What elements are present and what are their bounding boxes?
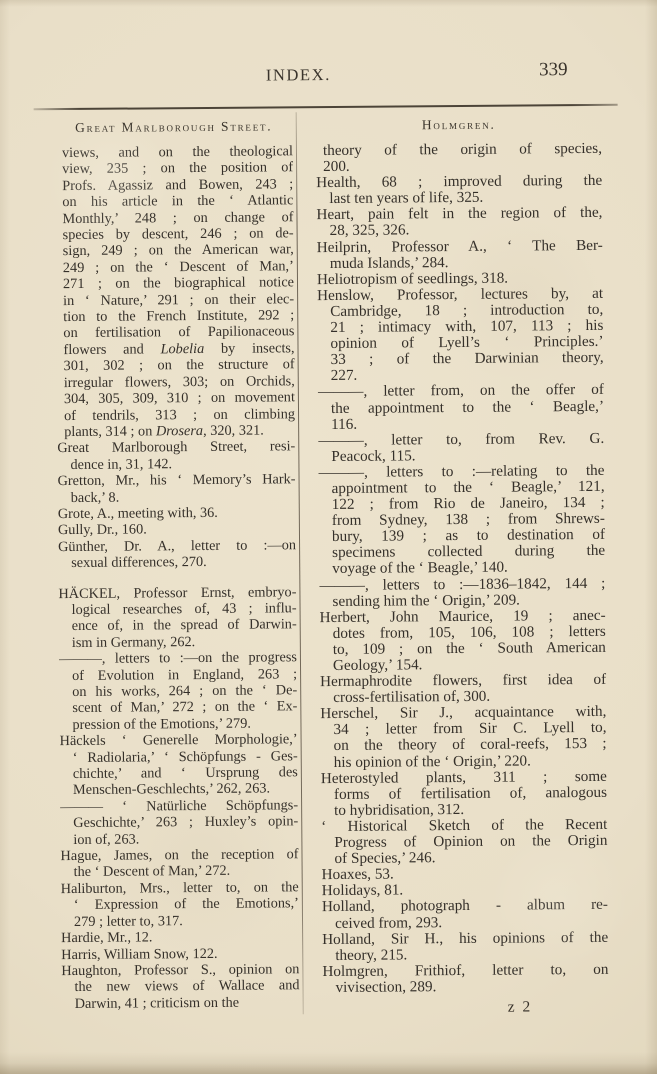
index-entry-line: Holmgren, Frithiof, letter to, on [322, 962, 608, 980]
printer-signature-mark: z 2 [323, 998, 609, 1018]
index-entry: ———, letter from, on the offer ofthe app… [318, 382, 604, 433]
index-entry: Holland, Sir H., his opinions of thetheo… [322, 929, 608, 963]
index-entry-line: Haughton, Professor S., opinion on [61, 961, 299, 979]
index-entry: ———, letters to :—1836–1842, 144 ;sendin… [319, 575, 605, 609]
index-entry-line: ‘ Radiolaria,’ ‘ Schöpfungs - Ges- [60, 748, 298, 766]
index-entry-line: 249 ; on the ‘ Descent of Man,’ [56, 258, 294, 276]
index-entry-line: on fertilisation of Papilionaceous [56, 324, 294, 342]
index-entry-line: 301, 302 ; on the structure of [57, 357, 295, 375]
index-entry: Heart, pain felt in the region of the,28… [316, 205, 602, 239]
index-entry: Hardie, Mr., 12. [61, 928, 299, 946]
index-entry: ——— ‘ Natürliche Schöpfungs-Geschichte,’… [60, 797, 298, 848]
index-entry-line: views, and on the theological [55, 143, 293, 161]
index-entry-line: ——— ‘ Natürliche Schöpfungs- [60, 797, 298, 815]
index-entry-line: back,’ 8. [58, 488, 296, 506]
index-entry-line: 271 ; on the biographical notice [56, 275, 294, 293]
index-entry: Haliburton, Mrs., letter to, on the‘ Exp… [61, 879, 299, 930]
scanned-book-page: INDEX. 339 Great Marlborough Street. vie… [0, 0, 657, 1074]
index-column-left: Great Marlborough Street. views, and on … [55, 118, 300, 1012]
index-entry-line: Great Marlborough Street, resi- [57, 439, 295, 457]
index-entry-line: Hardie, Mr., 12. [61, 928, 299, 946]
index-entry-line: flowers and Lobelia by insects, [56, 340, 294, 358]
index-entry-line: ion of, 263. [60, 830, 298, 848]
index-entry-line: Health, 68 ; improved during the [316, 173, 602, 191]
index-entry-line: to, 109 ; on the ‘ South American [320, 640, 606, 658]
index-entry-line: pression of the Emotions,’ 279. [59, 715, 297, 733]
column-header-left: Great Marlborough Street. [55, 118, 293, 136]
index-entry-line: ism in Germany, 262. [59, 633, 297, 651]
index-entry-line: Hague, James, on the reception of [60, 846, 298, 864]
index-entry-line: Heilprin, Professor A., ‘ The Ber- [317, 237, 603, 255]
running-title: INDEX. [266, 65, 331, 86]
index-entry: Henslow, Professor, lectures by, atCambr… [317, 286, 604, 385]
index-entry-line: Grote, A., meeting with, 36. [58, 504, 296, 522]
index-entry-line: Hermaphrodite flowers, first idea of [320, 672, 606, 690]
index-entry-line: Haliburton, Mrs., letter to, on the [61, 879, 299, 897]
index-entry-line: on the theory of coral-reefs, 153 ; [321, 736, 607, 754]
index-entry-line: sign, 249 ; on the American war, [56, 242, 294, 260]
index-entry: Heterostyled plants, 311 ; someforms of … [321, 768, 607, 819]
index-entry: Holmgren, Frithiof, letter to, onvivisec… [322, 962, 608, 996]
index-entry-line: theory of the origin of species, [316, 141, 602, 159]
index-entry: Haughton, Professor S., opinion onthe ne… [61, 961, 299, 1012]
index-entry: Holland, photograph - album re-ceived fr… [322, 897, 608, 931]
index-entry-line: ———, letters to :—on the progress [59, 649, 297, 667]
index-entry-line: Harris, William Snow, 122. [61, 945, 299, 963]
index-entry-line: Menschen-Geschlechts,’ 262, 263. [60, 781, 298, 799]
index-entry-line: Heart, pain felt in the region of the, [316, 205, 602, 223]
header-rule [34, 104, 618, 111]
index-entry-line: sexual differences, 270. [58, 553, 296, 571]
index-entry-line: 304, 305, 309, 310 ; on movement [57, 389, 295, 407]
index-entry-line: Häckels ‘ Generelle Morphologie,’ [60, 731, 298, 749]
index-entry: HÄCKEL, Professor Ernst, embryo-logical … [58, 584, 297, 651]
index-entry: Hermaphrodite flowers, first idea ofcros… [320, 672, 606, 706]
index-entry: theory of the origin of species,200. [316, 141, 602, 175]
index-entry: ‘ Historical Sketch of the RecentProgres… [321, 817, 607, 868]
index-entry: ———, letter to, from Rev. G.Peacock, 115… [318, 431, 604, 465]
index-entry-line: Profs. Agassiz and Bowen, 243 ; [55, 176, 293, 194]
index-entry: Great Marlborough Street, resi-dence in,… [57, 439, 295, 474]
index-entry-line: ———, letter to, from Rev. G. [318, 431, 604, 449]
index-entry-line: chichte,’ and ‘ Ursprung des [60, 764, 298, 782]
index-entry: Harris, William Snow, 122. [61, 945, 299, 963]
index-entry-line: Holland, Sir H., his opinions of the [322, 929, 608, 947]
index-entry-line: Günther, Dr. A., letter to :—on [58, 537, 296, 555]
index-entry: Grote, A., meeting with, 36. [58, 504, 296, 522]
index-entry-line: dence in, 31, 142. [57, 455, 295, 473]
index-entry: Gully, Dr., 160. [58, 521, 296, 539]
index-column-right: Holmgren. theory of the origin of specie… [316, 116, 609, 1018]
index-entry-line: ‘ Expression of the Emotions,’ [61, 896, 299, 914]
index-entry: views, and on the theologicalview, 235 ;… [55, 143, 295, 440]
index-entry: Hague, James, on the reception ofthe ‘ D… [60, 846, 298, 881]
index-entry-line: on his works, 264 ; on the ‘ De- [59, 682, 297, 700]
index-entry: Günther, Dr. A., letter to :—onsexual di… [58, 537, 296, 572]
index-entry-line: logical researches of, 43 ; influ- [59, 600, 297, 618]
index-entry-line: of Evolution in England, 263 ; [59, 666, 297, 684]
index-entry-line: Holland, photograph - album re- [322, 897, 608, 915]
index-entry-line: the ‘ Descent of Man,’ 272. [61, 863, 299, 881]
index-entry-line: the new views of Wallace and [61, 978, 299, 996]
index-entry-line: Geschichte,’ 263 ; Huxley’s opin- [60, 813, 298, 831]
index-entry: ———, letters to :—relating to theappoint… [318, 463, 605, 578]
index-entry-line: of tendrils, 313 ; on climbing [57, 406, 295, 424]
index-entry-line: scent of Man,’ 272 ; on the ‘ Ex- [59, 699, 297, 717]
index-entry-line: species by descent, 246 ; on de- [56, 225, 294, 243]
index-entry-line: Gully, Dr., 160. [58, 521, 296, 539]
index-entry-line: ence of, in the spread of Darwin- [59, 617, 297, 635]
index-entry-line: forms of fertilisation of, analogous [321, 785, 607, 803]
index-entry-line: irregular flowers, 303; on Orchids, [57, 373, 295, 391]
page-sheet: INDEX. 339 Great Marlborough Street. vie… [0, 0, 657, 1074]
index-entry: Häckels ‘ Generelle Morphologie,’‘ Radio… [60, 731, 299, 798]
index-entry: ———, letters to :—on the progressof Evol… [59, 649, 298, 733]
index-entry-line: HÄCKEL, Professor Ernst, embryo- [58, 584, 296, 602]
index-entry: Herbert, John Maurice, 19 ; anec-dotes f… [320, 608, 606, 675]
index-entry-line: vivisection, 289. [322, 978, 608, 996]
page-number: 339 [539, 59, 568, 81]
index-entry-line: the appointment to the ‘ Beagle,’ [318, 398, 604, 416]
index-entry-line: Gretton, Mr., his ‘ Memory’s Hark- [57, 471, 295, 489]
index-entry-line: 279 ; letter to, 317. [61, 912, 299, 930]
index-entry: Herschel, Sir J., acquaintance with,34 ;… [320, 704, 606, 771]
index-entry-line: Monthly,’ 248 ; on change of [55, 209, 293, 227]
index-entry-line: in ‘ Nature,’ 291 ; on their elec- [56, 291, 294, 309]
index-entry-line: Progress of Opinion on the Origin [321, 833, 607, 851]
column-body-right: theory of the origin of species,200.Heal… [316, 141, 609, 996]
index-entry-line: specimens collected during the [319, 543, 605, 561]
index-entry-line: plants, 314 ; on Drosera, 320, 321. [57, 422, 295, 440]
index-entry: Heilprin, Professor A., ‘ The Ber-muda I… [317, 237, 603, 271]
index-entry-line: Darwin, 41 ; criticism on the [62, 994, 300, 1012]
index-entry-line: tion to the French Institute, 292 ; [56, 307, 294, 325]
column-body-left: views, and on the theologicalview, 235 ;… [55, 143, 300, 1012]
index-entry: Health, 68 ; improved during thelast ten… [316, 173, 602, 207]
column-header-right: Holmgren. [316, 116, 602, 134]
index-entry-line: view, 235 ; on the position of [55, 160, 293, 178]
index-entry-line: on his article in the ‘ Atlantic [55, 192, 293, 210]
index-entry-line: 33 ; of the Darwinian theory, [318, 350, 604, 368]
index-entry-line: ———, letters to :—1836–1842, 144 ; [319, 575, 605, 593]
index-entry: Gretton, Mr., his ‘ Memory’s Hark-back,’… [57, 471, 295, 506]
